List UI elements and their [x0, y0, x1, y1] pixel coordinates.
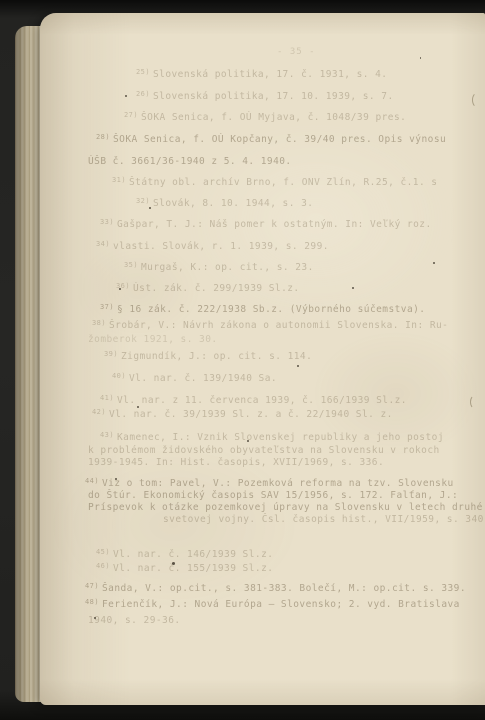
photo-background: - 35 - 25)Slovenská politika, 17. č. 193…	[0, 0, 485, 720]
footnote-line: 1939-1945. In: Hist. časopis, XVII/1969,…	[85, 457, 384, 468]
footnote-line: 39)Zigmundík, J.: op. cit. s. 114.	[104, 351, 312, 362]
footnote-line: 41)Vl. nar. z 11. červenca 1939, č. 166/…	[100, 395, 407, 406]
footnote-marker: 27)	[124, 111, 138, 119]
footnote-text: Zigmundík, J.: op. cit. s. 114.	[121, 351, 312, 362]
footnote-marker: 42)	[92, 408, 106, 416]
footnote-text: Viz o tom: Pavel, V.: Pozemková reforma …	[102, 478, 454, 489]
footnote-text: Vl. nar. č. 155/1939 Sl.z.	[113, 563, 273, 574]
footnote-text: ÚŠB č. 3661/36-1940 z 5. 4. 1940.	[88, 156, 292, 167]
footnote-line: žomberok 1921, s. 30.	[85, 334, 218, 345]
footnote-line: 47)Šanda, V.: op.cit., s. 381-383. Boleč…	[85, 583, 466, 594]
footnote-line: 28)ŠOKA Senica, f. OÚ Kopčany, č. 39/40 …	[96, 134, 446, 145]
paper-speck	[433, 262, 435, 264]
footnote-line: k problémom židovského obyvateľstva na S…	[85, 445, 440, 456]
footnote-line: 37)§ 16 zák. č. 222/1938 Sb.z. (Výbornéh…	[100, 304, 425, 315]
footnote-text: Slovenská politika, 17. č. 1931, s. 4.	[153, 69, 387, 80]
footnote-marker: 33)	[100, 218, 114, 226]
paper-speck	[137, 406, 139, 408]
footnote-line: 26)Slovenská politika, 17. 10. 1939, s. …	[136, 91, 394, 102]
stray-pen-mark	[472, 92, 484, 108]
footnote-line: 46)Vl. nar. č. 155/1939 Sl.z.	[96, 563, 273, 574]
footnote-marker: 45)	[96, 548, 110, 556]
footnote-text: Príspevok k otázke pozemkovej úpravy na …	[88, 502, 483, 513]
paper-speck	[172, 562, 175, 565]
footnote-marker: 39)	[104, 350, 118, 358]
footnote-line: 42)Vl. nar. č. 39/1939 Sl. z. a č. 22/19…	[92, 409, 393, 420]
footnote-text: Gašpar, T. J.: Náš pomer k ostatným. In:…	[117, 219, 432, 230]
footnote-marker: 46)	[96, 562, 110, 570]
footnote-line: 35)Murgaš, K.: op. cit., s. 23.	[124, 262, 314, 273]
page-number-text: - 35 -	[277, 47, 316, 57]
footnote-line: 1940, s. 29-36.	[85, 615, 181, 626]
footnote-marker: 32)	[136, 197, 150, 205]
footnote-line: 32)Slovák, 8. 10. 1944, s. 3.	[136, 198, 313, 209]
footnote-marker: 35)	[124, 261, 138, 269]
footnote-text: do Štúr. Ekonomický časopis SAV 15/1956,…	[88, 490, 458, 501]
footnote-text: Slovák, 8. 10. 1944, s. 3.	[153, 198, 313, 209]
footnote-line: do Štúr. Ekonomický časopis SAV 15/1956,…	[85, 490, 458, 501]
footnote-line: 27)ŠOKA Senica, f. OÚ Myjava, č. 1048/39…	[124, 112, 406, 123]
footnote-line: 31)Štátny obl. archív Brno, f. ONV Zlín,…	[112, 177, 437, 188]
footnote-marker: 37)	[100, 303, 114, 311]
footnote-text: žomberok 1921, s. 30.	[88, 334, 218, 345]
footnote-marker: 47)	[85, 582, 99, 590]
footnote-line: 38)Šrobár, V.: Návrh zákona o autonomii …	[92, 320, 448, 331]
footnote-text: ŠOKA Senica, f. OÚ Kopčany, č. 39/40 pre…	[113, 134, 446, 145]
footnote-text: Vl. nar. č. 39/1939 Sl. z. a č. 22/1940 …	[109, 409, 393, 420]
footnote-marker: 31)	[112, 176, 126, 184]
footnote-marker: 26)	[136, 90, 150, 98]
footnote-text: Ferienčík, J.: Nová Európa – Slovensko; …	[102, 599, 460, 610]
footnote-line: 45)Vl. nar. č. 146/1939 Sl.z.	[96, 549, 273, 560]
footnote-text: Úst. zák. č. 299/1939 Sl.z.	[133, 283, 300, 294]
footnote-line: 48)Ferienčík, J.: Nová Európa – Slovensk…	[85, 599, 460, 610]
footnote-marker: 34)	[96, 240, 110, 248]
paper-speck	[247, 440, 249, 442]
footnote-marker: 38)	[92, 319, 106, 327]
footnote-text: Kamenec, I.: Vznik Slovenskej republiky …	[117, 432, 444, 443]
footnote-text: Murgaš, K.: op. cit., s. 23.	[141, 262, 314, 273]
paper-speck	[352, 287, 354, 289]
footnote-marker: 41)	[100, 394, 114, 402]
paper-speck	[119, 288, 121, 290]
footnote-text: vlasti. Slovák, r. 1. 1939, s. 299.	[113, 241, 329, 252]
footnote-line: 34)vlasti. Slovák, r. 1. 1939, s. 299.	[96, 241, 329, 252]
paper-speck	[420, 57, 421, 59]
footnote-text: Šrobár, V.: Návrh zákona o autonomii Slo…	[109, 320, 448, 331]
footnote-text: 1939-1945. In: Hist. časopis, XVII/1969,…	[88, 457, 384, 468]
footnote-text: 1940, s. 29-36.	[88, 615, 181, 626]
footnote-text: Štátny obl. archív Brno, f. ONV Zlín, R.…	[129, 177, 437, 188]
stray-pen-mark	[470, 395, 480, 409]
footnote-line: 25)Slovenská politika, 17. č. 1931, s. 4…	[136, 69, 387, 80]
footnote-marker: 28)	[96, 133, 110, 141]
paper-speck	[149, 207, 151, 209]
footnote-text: Vl. nar. č. 146/1939 Sl.z.	[113, 549, 273, 560]
footnote-marker: 43)	[100, 431, 114, 439]
footnote-text: Vl. nar. č. 139/1940 Sa.	[129, 373, 277, 384]
footnote-marker: 25)	[136, 68, 150, 76]
footnote-line: 44)Viz o tom: Pavel, V.: Pozemková refor…	[85, 478, 454, 489]
footnote-marker: 40)	[112, 372, 126, 380]
footnote-line: 43)Kamenec, I.: Vznik Slovenskej republi…	[100, 432, 444, 443]
paper-speck	[297, 365, 299, 367]
footnote-text: § 16 zák. č. 222/1938 Sb.z. (Výborného s…	[117, 304, 425, 315]
footnote-text: Šanda, V.: op.cit., s. 381-383. Bolečí, …	[102, 583, 466, 594]
footnote-text: k problémom židovského obyvateľstva na S…	[88, 445, 440, 456]
footnote-text: ŠOKA Senica, f. OÚ Myjava, č. 1048/39 pr…	[141, 112, 406, 123]
footnote-line: 40)Vl. nar. č. 139/1940 Sa.	[112, 373, 277, 384]
paper-speck	[115, 478, 117, 480]
footnote-text: Slovenská politika, 17. 10. 1939, s. 7.	[153, 91, 394, 102]
footnote-line: Príspevok k otázke pozemkovej úpravy na …	[85, 502, 483, 513]
footnote-text: svetovej vojny. Čsl. časopis hist., VII/…	[163, 514, 485, 525]
footnote-marker: 48)	[85, 598, 99, 606]
footnote-line: ÚŠB č. 3661/36-1940 z 5. 4. 1940.	[85, 156, 292, 167]
paper-speck	[125, 95, 127, 97]
footnote-line: 36)Úst. zák. č. 299/1939 Sl.z.	[116, 283, 300, 294]
paper-speck	[94, 617, 96, 619]
page-number: - 35 -	[277, 47, 316, 57]
footnote-text: Vl. nar. z 11. červenca 1939, č. 166/193…	[117, 395, 407, 406]
footnote-line: svetovej vojny. Čsl. časopis hist., VII/…	[160, 514, 485, 525]
footnote-line: 33)Gašpar, T. J.: Náš pomer k ostatným. …	[100, 219, 432, 230]
footnote-marker: 44)	[85, 477, 99, 485]
